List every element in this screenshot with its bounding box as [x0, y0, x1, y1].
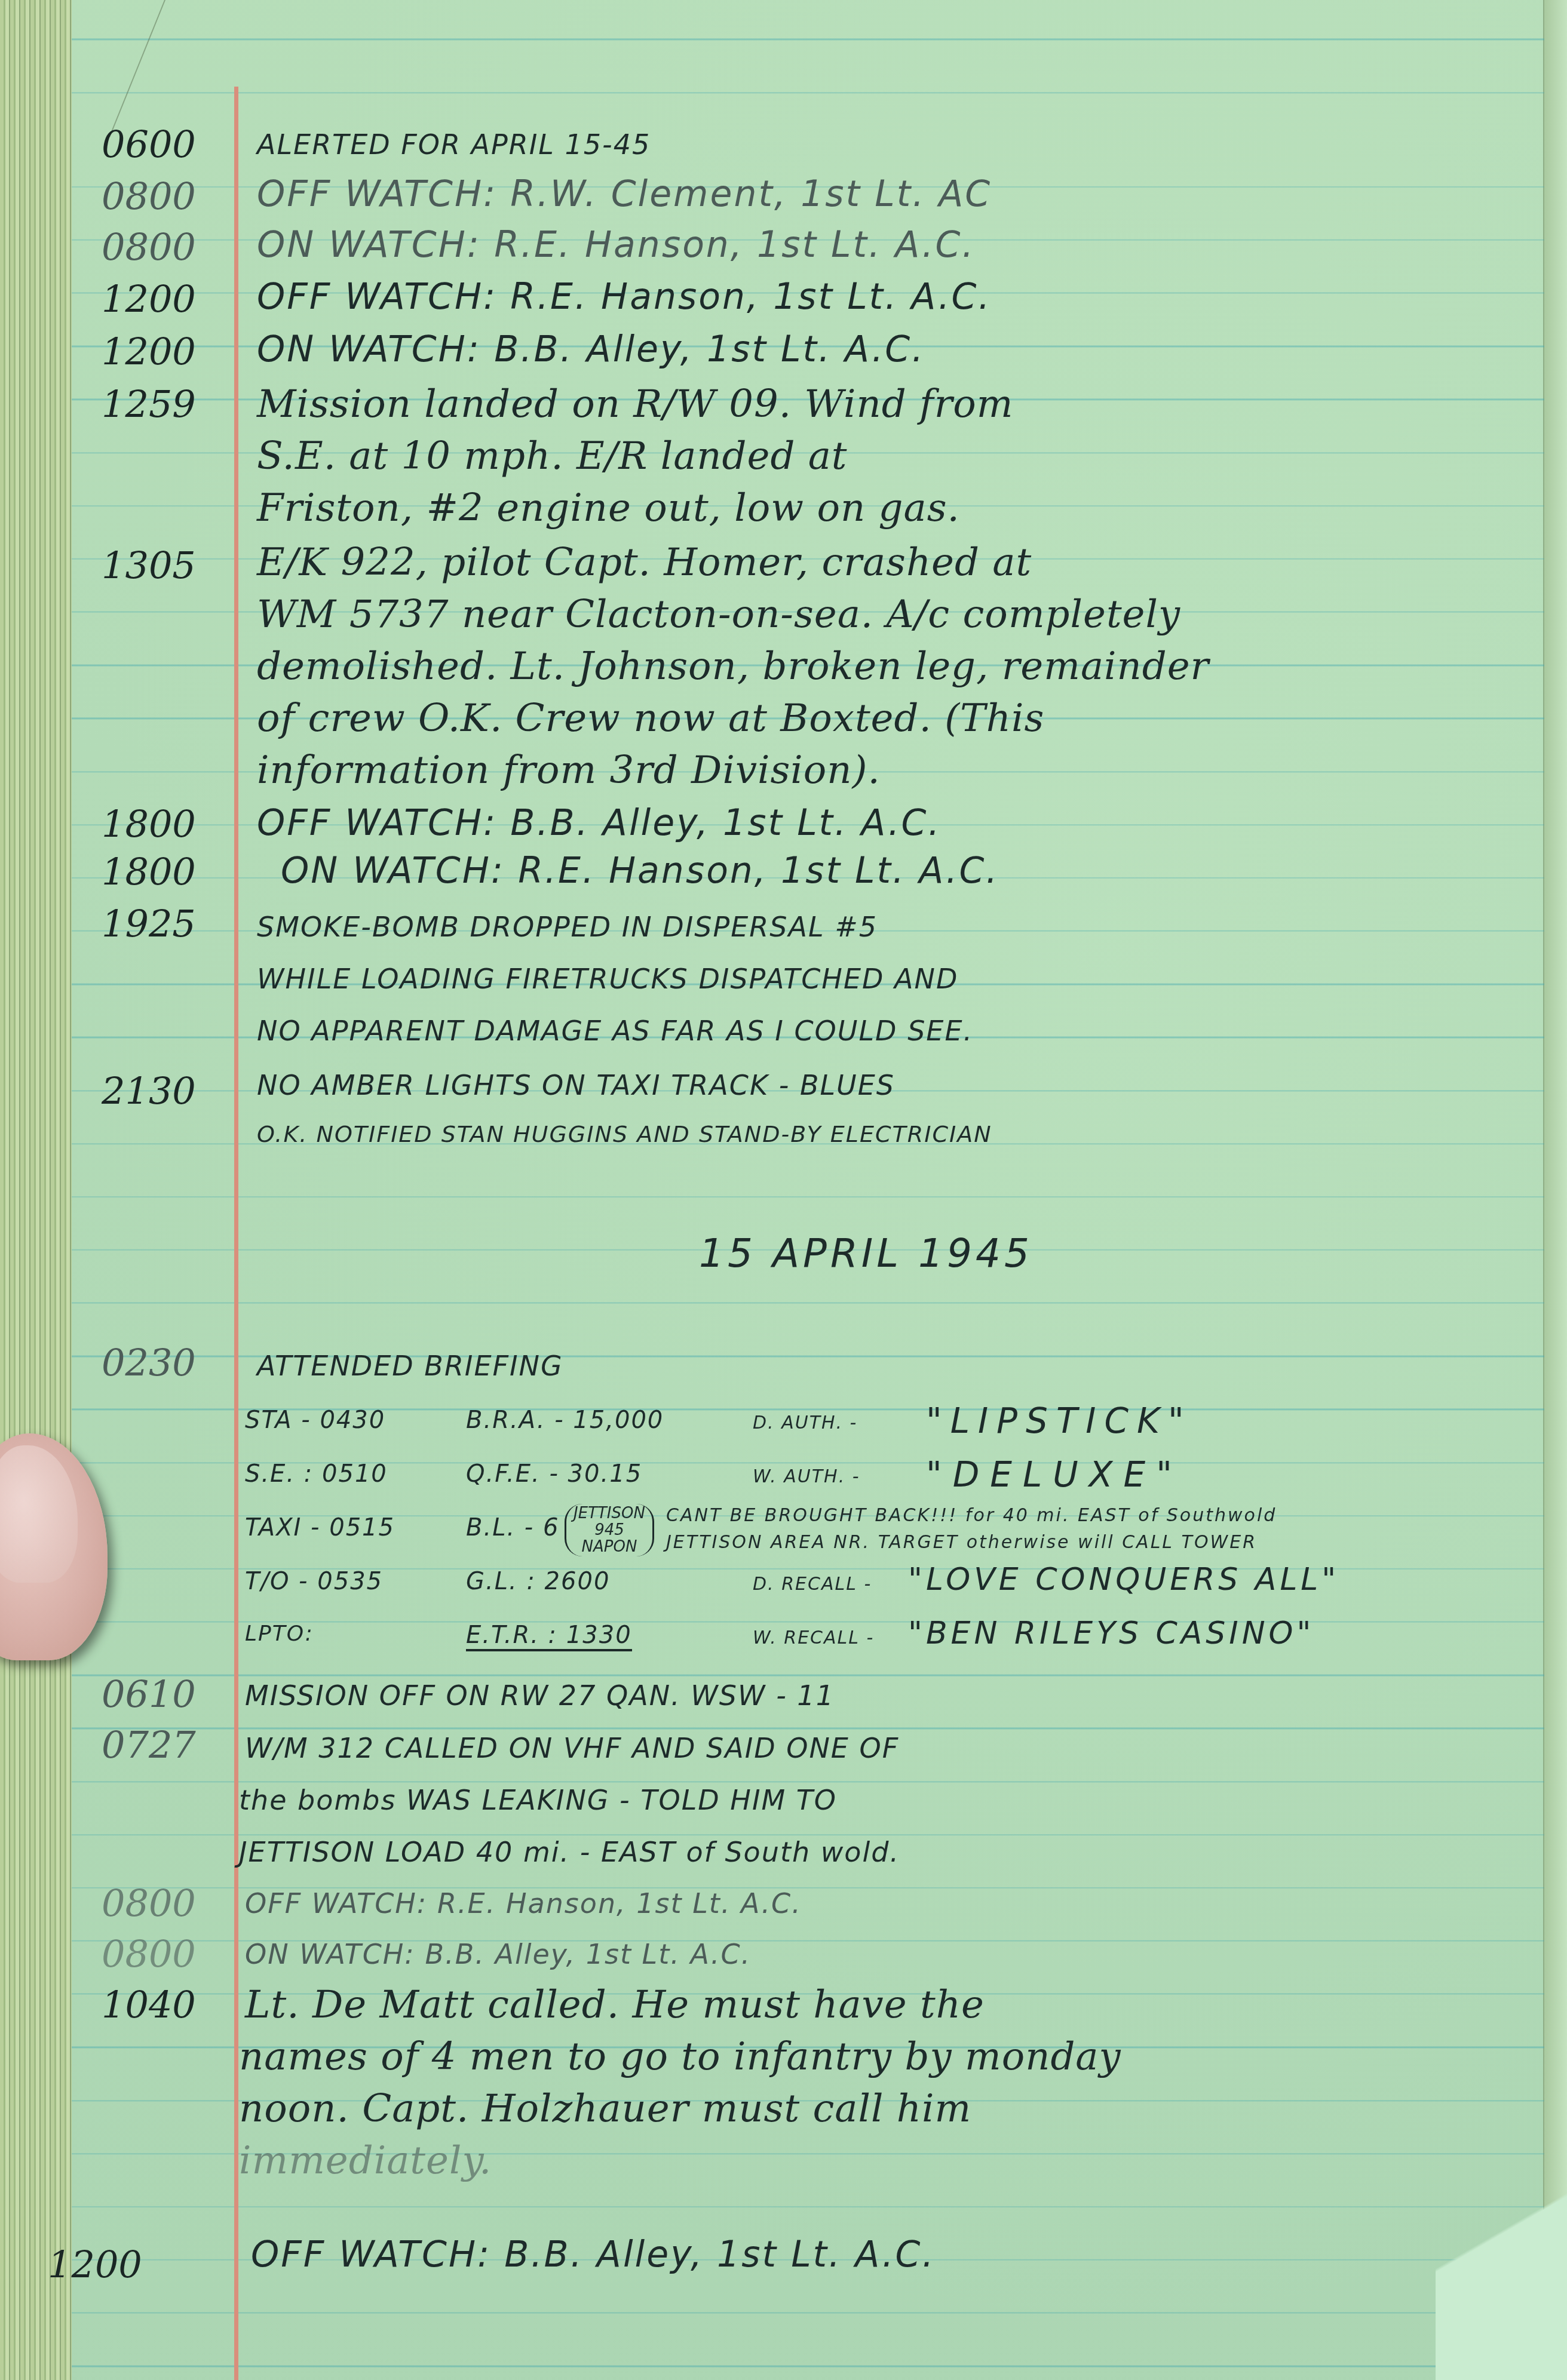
entry-time: 0600 — [102, 122, 230, 166]
entry-text: ON WATCH: B.B. Alley, 1st Lt. A.C. — [257, 328, 925, 370]
entry-time: 0800 — [102, 174, 230, 218]
briefing-cell: G.L. : 2600 — [466, 1568, 610, 1595]
entry-line: W/M 312 CALLED ON VHF AND SAID ONE OF — [245, 1732, 899, 1764]
entry-line: S.E. at 10 mph. E/R landed at — [257, 434, 848, 478]
entry-line: Mission landed on R/W 09. Wind from — [257, 382, 1014, 426]
briefing-cell: Q.F.E. - 30.15 — [466, 1460, 642, 1488]
jettison-note: JETTISON 945 NAPON — [565, 1504, 654, 1556]
entry-line: ON WATCH: B.B. Alley, 1st Lt. A.C. — [245, 1938, 751, 1970]
entry-time: 0800 — [102, 1932, 230, 1976]
entry-text: OFF WATCH: B.B. Alley, 1st Lt. A.C. — [257, 802, 941, 844]
margin-line — [234, 87, 238, 2380]
page-right-edge — [1543, 0, 1567, 2380]
entry-line: NO AMBER LIGHTS ON TAXI TRACK - BLUES — [257, 1069, 895, 1101]
briefing-note: CANT BE BROUGHT BACK!!! for 40 mi. EAST … — [666, 1505, 1277, 1526]
entry-line: WHILE LOADING FIRETRUCKS DISPATCHED AND — [257, 963, 958, 995]
entry-time: 1259 — [102, 382, 230, 426]
entry-time: 0800 — [102, 1881, 230, 1925]
briefing-cell: D. RECALL - — [753, 1574, 872, 1595]
entry-time: 1200 — [102, 330, 230, 373]
briefing-cell: S.E. : 0510 — [245, 1460, 388, 1488]
briefing-cell: T/O - 0535 — [245, 1568, 383, 1595]
entry-text: ON WATCH: R.E. Hanson, 1st Lt. A.C. — [257, 224, 975, 266]
entry-line: immediately. — [239, 2139, 492, 2183]
entry-time: 1200 — [102, 277, 230, 321]
briefing-note: JETTISON AREA NR. TARGET otherwise will … — [666, 1532, 1257, 1553]
entry-line: JETTISON LOAD 40 mi. - EAST of South wol… — [239, 1836, 900, 1868]
entry-line: SMOKE-BOMB DROPPED IN DISPERSAL #5 — [257, 911, 878, 943]
code-word: "LIPSTICK" — [926, 1401, 1192, 1441]
entry-line: names of 4 men to go to infantry by mond… — [239, 2035, 1121, 2079]
entry-time: 1925 — [102, 902, 230, 945]
briefing-cell: LPTO: — [245, 1622, 314, 1646]
entry-line: noon. Capt. Holzhauer must call him — [239, 2087, 971, 2131]
entry-time: 0610 — [102, 1672, 230, 1716]
entry-time: 0800 — [102, 225, 230, 269]
entry-time: 0230 — [102, 1341, 230, 1384]
entry-time: 1040 — [102, 1983, 230, 2026]
note-line: NAPON — [582, 1538, 637, 1556]
entry-time: 1800 — [102, 850, 230, 893]
entry-line: demolished. Lt. Johnson, broken leg, rem… — [257, 644, 1209, 689]
entry-line: OFF WATCH: R.E. Hanson, 1st Lt. A.C. — [245, 1887, 802, 1920]
entry-line: MISSION OFF ON RW 27 QAN. WSW - 11 — [245, 1679, 835, 1712]
code-word: "LOVE CONQUERS ALL" — [908, 1562, 1339, 1598]
entry-text: ALERTED FOR APRIL 15-45 — [257, 128, 651, 161]
entry-line: the bombs WAS LEAKING - TOLD HIM TO — [239, 1784, 837, 1816]
entry-line: E/K 922, pilot Capt. Homer, crashed at — [257, 541, 1032, 585]
briefing-cell: W. AUTH. - — [753, 1466, 860, 1487]
entry-line: WM 5737 near Clacton-on-sea. A/c complet… — [257, 592, 1180, 637]
briefing-cell: W. RECALL - — [753, 1627, 874, 1648]
entry-line: Lt. De Matt called. He must have the — [245, 1983, 985, 2027]
date-heading: 15 APRIL 1945 — [699, 1230, 1033, 1276]
code-word: "DELUXE" — [926, 1454, 1183, 1495]
entry-line: Friston, #2 engine out, low on gas. — [257, 486, 960, 530]
entry-time: 1305 — [102, 543, 230, 587]
entry-line: of crew O.K. Crew now at Boxted. (This — [257, 696, 1044, 741]
page-stack-edges — [0, 0, 78, 2380]
thumbnail — [0, 1445, 78, 1583]
entry-line: information from 3rd Division). — [257, 748, 881, 793]
briefing-cell: E.T.R. : 1330 — [466, 1622, 632, 1651]
note-line: JETTISON — [574, 1504, 645, 1522]
briefing-cell: B.R.A. - 15,000 — [466, 1406, 664, 1434]
entry-text: OFF WATCH: R.E. Hanson, 1st Lt. A.C. — [257, 276, 991, 318]
entry-text: ON WATCH: R.E. Hanson, 1st Lt. A.C. — [281, 850, 999, 892]
entry-line: NO APPARENT DAMAGE AS FAR AS I COULD SEE… — [257, 1015, 973, 1047]
entry-time: 1200 — [48, 2243, 176, 2286]
next-page-corner — [1436, 2081, 1567, 2380]
entry-time: 0727 — [102, 1723, 230, 1767]
entry-line: OFF WATCH: B.B. Alley, 1st Lt. A.C. — [251, 2234, 935, 2275]
entry-time: 2130 — [102, 1069, 230, 1113]
entry-text: OFF WATCH: R.W. Clement, 1st Lt. AC — [257, 173, 992, 215]
entry-line: O.K. NOTIFIED STAN HUGGINS AND STAND-BY … — [257, 1121, 992, 1147]
briefing-cell: D. AUTH. - — [753, 1412, 857, 1433]
entry-time: 1800 — [102, 802, 230, 846]
briefing-cell: TAXI - 0515 — [245, 1514, 395, 1541]
briefing-cell: B.L. - 6 — [466, 1514, 559, 1541]
note-line: 945 — [594, 1521, 624, 1539]
briefing-cell: STA - 0430 — [245, 1406, 385, 1434]
code-word: "BEN RILEYS CASINO" — [908, 1616, 1314, 1651]
entry-text: ATTENDED BRIEFING — [257, 1350, 563, 1382]
